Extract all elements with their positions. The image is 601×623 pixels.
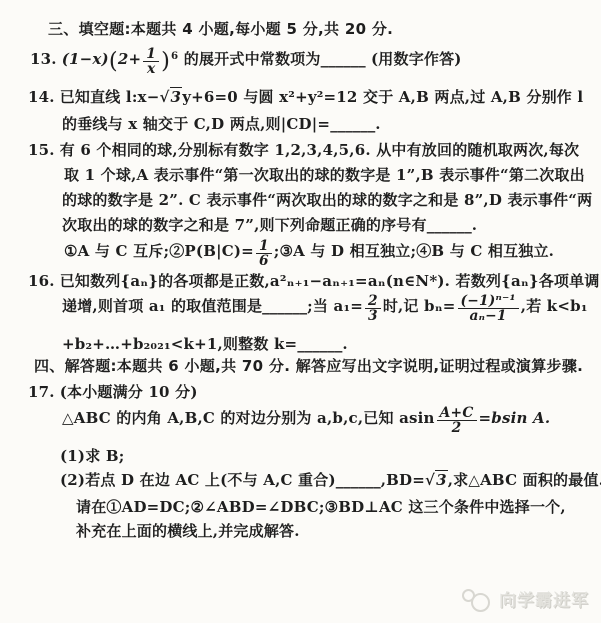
q17-radicand: 3 [435,470,448,489]
q13-number: 13. [30,50,57,68]
q13-fraction: 1x [143,47,159,77]
q16-frac23-numerator: 2 [365,294,381,308]
question-15-line-4: 次取出的球的数字之和是 7”,则下列命题正确的序号有______. [62,216,477,235]
q17-text-2: =bsin A. [479,409,551,427]
question-15-line-1: 15.有 6 个相同的球,分别标有数字 1,2,3,4,5,6. 从中有放回的随… [28,141,579,160]
question-15-options: ①A 与 C 互斥;②P(B|C)=16;③A 与 D 相互独立;④B 与 C … [64,239,554,269]
q16-text-4: 时,记 bₙ= [383,297,456,315]
q17-angle-fraction: A+C2 [437,406,477,436]
q17-closing-text: 补充在上面的横线上,并完成解答. [76,522,300,540]
q15-probability-fraction: 16 [256,239,272,269]
q16-bn-denominator: aₙ−1 [458,308,519,323]
q15-answer-blank: ______ [427,216,472,234]
q14-answer-blank: ______ [330,115,375,133]
q17-part2-text-3: ,求△ABC 面积的最值. [448,471,601,489]
q14-radicand: 3 [170,87,183,106]
q13-open-paren: ( [109,48,118,74]
q16-text-2: 递增,则首项 a₁ 的取值范围是 [62,297,262,315]
q17-number: 17. [28,383,55,401]
q15-text-4: 次取出的球的数字之和是 7”,则下列命题正确的序号有 [62,216,427,234]
exam-paper-page: 三、填空题:本题共 4 小题,每小题 5 分,共 20 分. 13.(1−x)(… [0,0,601,623]
q17-radical-sign: √ [425,471,435,489]
question-17-heading: 17.(本小题满分 10 分) [28,383,198,402]
q15-period: . [472,216,477,234]
question-15-line-3: 的球的数字是 2”. C 表示事件“两次取出的球的数字之和是 8”,D 表示事件… [62,191,592,210]
question-16-line-2: 递增,则首项 a₁ 的取值范围是______;当 a₁=23时,记 bₙ=(−1… [62,294,588,324]
question-13: 13.(1−x)(2+1x)6 的展开式中常数项为______ (用数字作答) [30,47,462,77]
question-14-line-2: 的垂线与 x 轴交于 C,D 两点,则|CD|=______. [62,115,381,134]
q14-text-3: 的垂线与 x 轴交于 C,D 两点,则|CD|= [62,115,330,133]
question-15-line-2: 取 1 个球,A 表示事件“第一次取出的球的数字是 1”,B 表示事件“第二次取… [64,166,585,185]
q13-fraction-numerator: 1 [143,47,159,61]
q16-bn-numerator: (−1)ⁿ⁻¹ [458,294,519,308]
q15-text-3: 的球的数字是 2”. C 表示事件“两次取出的球的数字之和是 8”,D 表示事件… [62,191,592,209]
question-17-body: △ABC 的内角 A,B,C 的对边分别为 a,b,c,已知 asinA+C2=… [62,406,550,436]
q14-radical-sign: √ [159,88,169,106]
q16-text-3: ;当 a₁= [307,297,363,315]
question-17-closing: 补充在上面的横线上,并完成解答. [76,522,300,541]
q15-text-2: 取 1 个球,A 表示事件“第一次取出的球的数字是 1”,B 表示事件“第二次取… [64,166,585,184]
q16-period: . [342,335,347,353]
q17-answer-blank: ______ [336,471,381,489]
q14-period: . [375,115,380,133]
q16-number: 16. [28,272,55,290]
q17-part2-text-1: (2)若点 D 在边 AC 上(不与 A,C 重合) [60,471,336,489]
q15-options-part-2: ;③A 与 D 相互独立;④B 与 C 相互独立. [274,242,554,260]
q17-conditions-text: 请在①AD=DC;②∠ABD=∠DBC;③BD⊥AC 这三个条件中选择一个, [76,498,566,516]
q16-bn-fraction: (−1)ⁿ⁻¹aₙ−1 [458,294,519,324]
q17-fraction-numerator: A+C [437,406,477,420]
q17-part2-text-2: ,BD= [381,471,425,489]
q13-close-paren: ) [161,48,170,74]
q16-frac23-denominator: 3 [365,308,381,323]
q14-sqrt-3: √3 [159,87,182,106]
q16-text-5: ,若 k<b₁ [521,297,588,315]
q14-text-2: y+6=0 与圆 x²+y²=12 交于 A,B 两点,过 A,B 分别作 l [182,88,583,106]
q16-answer-blank-2: ______ [297,335,342,353]
section-4-header: 四、解答题:本题共 6 小题,共 70 分. 解答应写出文字说明,证明过程或演算… [34,357,583,376]
question-14-line-1: 14.已知直线 l:x−√3y+6=0 与圆 x²+y²=12 交于 A,B 两… [28,88,583,107]
question-16-line-3: +b₂+…+b₂₀₂₁<k+1,则整数 k=______. [62,335,348,354]
q13-inner-term: 2+ [118,50,141,68]
section-3-header: 三、填空题:本题共 4 小题,每小题 5 分,共 20 分. [48,20,393,39]
q15-number: 15. [28,141,55,159]
q15-fraction-denominator: 6 [256,253,272,268]
q15-fraction-numerator: 1 [256,239,272,253]
q13-text: 的展开式中常数项为 [178,50,320,68]
question-16-line-1: 16.已知数列{aₙ}的各项都是正数,a²ₙ₊₁−aₙ₊₁=aₙ(n∈N*). … [28,272,600,291]
q17-points-note: (本小题满分 10 分) [60,383,198,401]
q17-text-1: △ABC 的内角 A,B,C 的对边分别为 a,b,c,已知 asin [62,409,435,427]
q17-sqrt-3: √3 [425,470,448,489]
q14-number: 14. [28,88,55,106]
watermark-logo-icon [462,587,492,611]
watermark-text: 向学霸进军 [499,586,589,611]
q17-part1-text: (1)求 B; [60,447,124,465]
q13-answer-blank: ______ [321,50,366,68]
question-17-part-2: (2)若点 D 在边 AC 上(不与 A,C 重合)______,BD=√3,求… [60,471,601,490]
q13-fraction-denominator: x [143,61,159,76]
q16-text-1: 已知数列{aₙ}的各项都是正数,a²ₙ₊₁−aₙ₊₁=aₙ(n∈N*). 若数列… [60,272,600,290]
q15-text-1: 有 6 个相同的球,分别标有数字 1,2,3,4,5,6. 从中有放回的随机取两… [60,141,580,159]
q16-text-6: +b₂+…+b₂₀₂₁<k+1,则整数 k= [62,335,297,353]
question-17-conditions: 请在①AD=DC;②∠ABD=∠DBC;③BD⊥AC 这三个条件中选择一个, [76,498,566,517]
question-17-part-1: (1)求 B; [60,447,124,466]
q13-expression-prefix: (1−x) [62,50,109,68]
q16-answer-blank-1: ______ [262,297,307,315]
q16-fraction-two-thirds: 23 [365,294,381,324]
q14-text-1: 已知直线 l:x− [60,88,160,106]
q15-options-part-1: ①A 与 C 互斥;②P(B|C)= [64,242,254,260]
watermark: 向学霸进军 [462,586,589,611]
q13-tail-note: (用数字作答) [366,50,462,68]
q17-fraction-denominator: 2 [437,420,477,435]
